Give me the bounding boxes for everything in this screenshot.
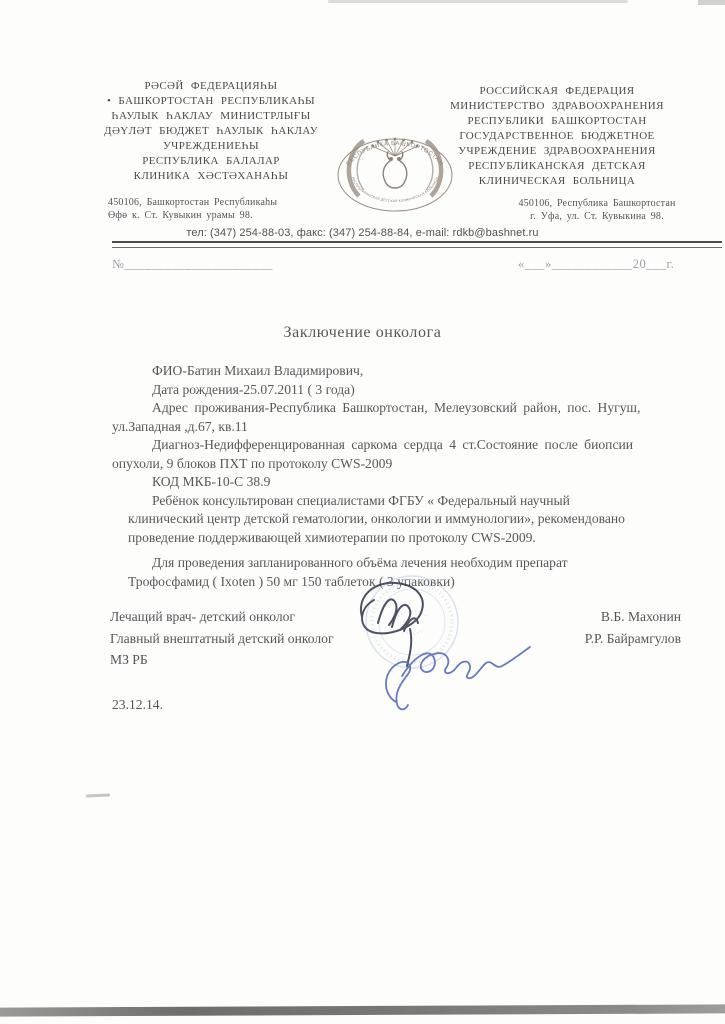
body-line: КОД МКБ-10-С 38.9 [112,473,652,492]
signature-bayramgulov [372,618,540,718]
org-line: ҺАУЛЫК ҺАКЛАУ МИНИСТРЛЫҒЫ [55,109,367,124]
document-date: 23.12.14. [112,697,163,713]
org-line: РЕСПУБЛИКА БАЛАЛАР [55,154,367,169]
org-line: РӘСӘЙ ФЕДЕРАЦИЯҺЫ [55,79,367,94]
letterhead-org-bashkir: РӘСӘЙ ФЕДЕРАЦИЯҺЫ • БАШКОРТОСТАН РЕСПУБЛ… [55,79,367,184]
body-line: Ребёнок консультирован специалистами ФГБ… [112,492,652,511]
signature-title-line: Лечащий врач- детский онколог [110,606,334,628]
address-line: 450106, Башкортостан Республикаһы [108,196,348,209]
header-divider [112,241,722,248]
body-line: опухоли, 9 блоков ПХТ по протоколу CWS-2… [112,455,652,474]
contact-line: тел: (347) 254-88-03, факс: (347) 254-88… [0,227,725,239]
scan-artifact-bottom-edge [0,1004,725,1016]
body-line: проведение поддерживающей химиотерапии п… [112,529,652,548]
document-title: Заключение онколога [0,324,725,342]
body-line: Дата рождения-25.07.2011 ( 3 года) [112,381,652,400]
signature-title-line: МЗ РБ [110,649,334,671]
scan-artifact-smudge [86,793,110,797]
body-line: Для проведения запланированного объёма л… [112,554,652,573]
body-line: клинический центр детской гематологии, о… [112,510,652,529]
scan-artifact-top-right [698,0,725,5]
org-line: РОССИЙСКАЯ ФЕДЕРАЦИЯ [403,84,711,99]
reference-number-blank: №______________________ [112,257,273,272]
signature-titles: Лечащий врач- детский онколог Главный вн… [110,606,334,671]
body-line: Диагноз-Недифференцированная саркома сер… [112,436,652,455]
address-russian: 450106, Республика Башкортостан г. Уфа, … [476,197,718,223]
signature-name-line: Р.Р. Байрамгулов [585,628,681,650]
address-line: 450106, Республика Башкортостан [476,197,718,210]
address-line: Өфө к. Ст. Кувыкин урамы 98. [108,209,348,222]
org-line: ДӘҮЛӘТ БЮДЖЕТ ҺАУЛЫК ҺАКЛАУ [55,124,367,139]
hospital-emblem-icon: РЕСПУБЛИКА БАШКОРТОСТАН РЕСПУБЛИКАНСКАЯ … [334,128,456,218]
org-line: • БАШКОРТОСТАН РЕСПУБЛИКАҺЫ [55,94,367,109]
scan-artifact-top [328,0,628,3]
signature-name-line: В.Б. Махонин [585,606,681,628]
body-line: ул.Западная ,д.67, кв.11 [112,418,652,437]
signature-title-line: Главный внештатный детский онколог [110,628,334,650]
org-line: МИНИСТЕРСТВО ЗДРАВООХРАНЕНИЯ [403,99,711,114]
scanned-document-page: РӘСӘЙ ФЕДЕРАЦИЯҺЫ • БАШКОРТОСТАН РЕСПУБЛ… [0,0,725,1024]
reference-date-blank: «___»____________20___г. [518,257,674,272]
address-bashkir: 450106, Башкортостан Республикаһы Өфө к.… [108,196,348,222]
org-line: КЛИНИКА ХӘСТӘХАНАҺЫ [55,169,367,184]
document-body: ФИО-Батин Михаил Владимирович, Дата рожд… [112,362,652,591]
body-line: Адрес проживания-Республика Башкортостан… [112,399,652,418]
address-line: г. Уфа, ул. Ст. Кувыкина 98. [476,210,718,223]
org-line: УЧРЕЖДЕНИЕҺЫ [55,139,367,154]
body-line: ФИО-Батин Михаил Владимирович, [112,362,652,381]
org-line: РЕСПУБЛИКИ БАШКОРТОСТАН [403,114,711,129]
signature-names: В.Б. Махонин Р.Р. Байрамгулов [585,606,681,649]
